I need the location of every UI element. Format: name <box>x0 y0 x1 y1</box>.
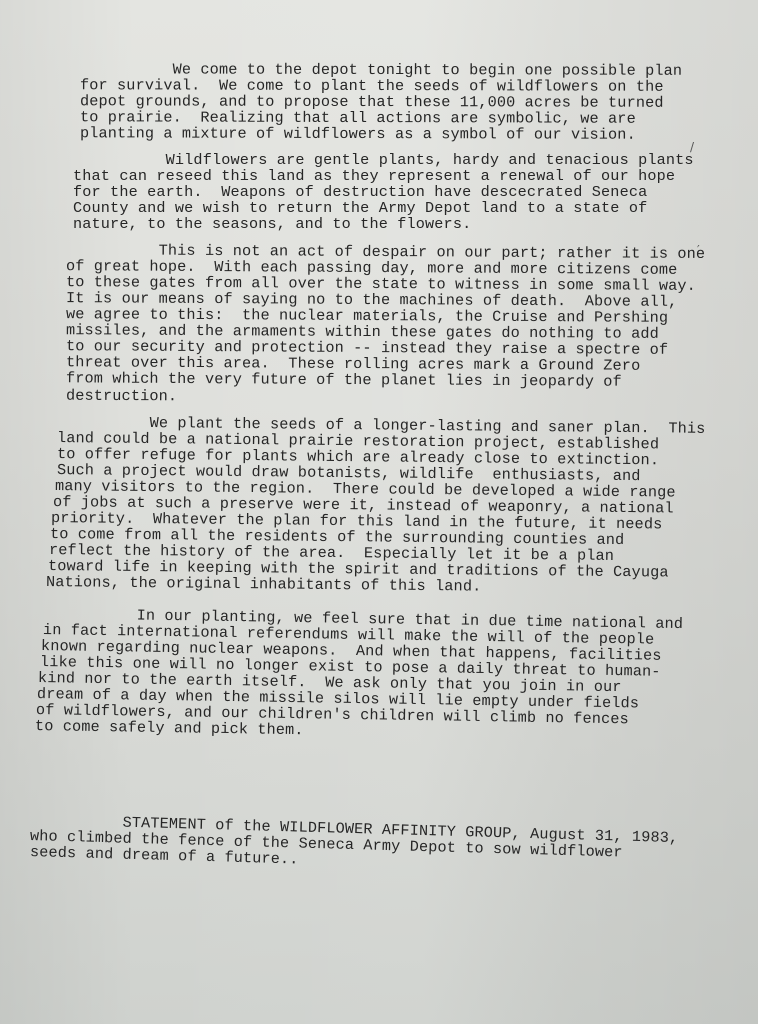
text-line: nature, to the seasons, and to the flowe… <box>73 216 471 232</box>
text-line: that can reseed this land as they repres… <box>73 168 675 184</box>
text-line: planting a mixture of wildflowers as a s… <box>80 125 636 142</box>
text-line: County and we wish to return the Army De… <box>73 200 647 216</box>
typed-document-page: We come to the depot tonight to begin on… <box>0 0 758 1024</box>
text-line: to come safely and pick them. <box>35 718 304 738</box>
text-line: destruction. <box>66 388 177 405</box>
text-line: Wildflowers are gentle plants, hardy and… <box>73 152 694 168</box>
text-line: for the earth. Weapons of destruction ha… <box>73 184 647 200</box>
pen-mark: / <box>690 140 694 154</box>
text-line: Nations, the original inhabitants of thi… <box>46 574 482 595</box>
pen-mark: ′ <box>697 243 700 257</box>
